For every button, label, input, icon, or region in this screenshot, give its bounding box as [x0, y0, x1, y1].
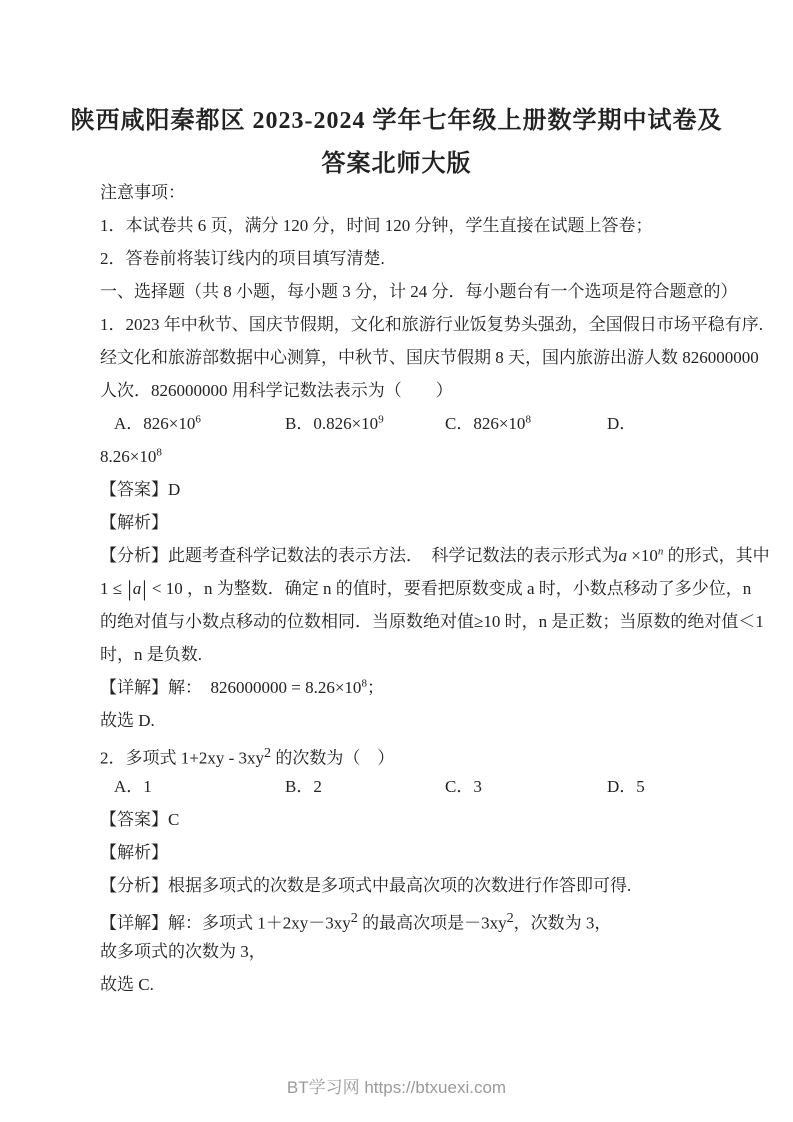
q2-conclusion: 故选 C.: [100, 968, 723, 1001]
footer: BT学习网 https://btxuexi.com: [0, 1073, 793, 1098]
q1-analysis-line-2-post: < 10 ，n 为整数．确定 n 的值时，要看把原数变成 a 时，小数点移动了多…: [148, 579, 752, 598]
q2-detail-pre: 【详解】解：多项式 1＋2xy－3xy: [100, 914, 351, 933]
q1-option-b: B．0.826×109: [285, 407, 445, 440]
q2-detail-line: 【详解】解：多项式 1＋2xy－3xy2 的最高次项是－3xy2，次数为 3，: [100, 902, 723, 935]
exam-document-page: 陕西咸阳秦都区 2023-2024 学年七年级上册数学期中试卷及 答案北师大版 …: [0, 0, 793, 1122]
q2-stem-post: 的次数为（ ）: [271, 749, 394, 768]
q1-options-row: A．826×106 B．0.826×109 C．826×108 D．: [100, 407, 723, 440]
q2-answer: 【答案】C: [100, 803, 723, 836]
q1-option-d-exponent: 8: [156, 446, 162, 458]
q1-detail-line: 【详解】解： 826000000 = 8.26×108；: [100, 671, 723, 704]
q1-abs-inequality: 1 ≤ |a|: [100, 579, 148, 598]
footer-site-link[interactable]: BT学习网 https://btxuexi.com: [287, 1078, 506, 1097]
q2-stem: 2．多项式 1+2xy - 3xy2 的次数为（ ）: [100, 737, 723, 770]
q1-option-d-formula: 8.26×108: [100, 447, 162, 466]
q1-explanation-label: 【解析】: [100, 506, 723, 539]
q1-stem-line-2: 经文化和旅游部数据中心测算，中秋节、国庆节假期 8 天，国内旅游出游人数 826…: [100, 341, 723, 374]
q1-option-c-base: 826×10: [473, 414, 525, 433]
q1-option-c-formula: 826×108: [473, 414, 531, 433]
q1-detail-post: ；: [367, 678, 384, 697]
q2-detail-line-2: 故多项式的次数为 3，: [100, 935, 723, 968]
q1-analysis-line-3: 的绝对值与小数点移动的位数相同．当原数绝对值≥10 时，n 是正数；当原数的绝对…: [100, 605, 723, 638]
q2-detail-exponent-2: 2: [507, 910, 514, 926]
q1-option-d-base: 8.26×10: [100, 447, 156, 466]
q1-option-c-label: C．: [445, 414, 473, 433]
section-heading-choice-questions: 一、选择题（共 8 小题，每小题 3 分，计 24 分．每小题台有一个选项是符合…: [100, 275, 723, 308]
q1-analysis-line-1-post: 的形式，其中: [663, 546, 769, 565]
q1-analysis-line-2: 1 ≤ |a| < 10 ，n 为整数．确定 n 的值时，要看把原数变成 a 时…: [100, 572, 723, 605]
title-line-1: 陕西咸阳秦都区 2023-2024 学年七年级上册数学期中试卷及: [0, 100, 793, 143]
q1-analysis-line-1-pre: 【分析】此题考查科学记数法的表示方法． 科学记数法的表示形式为: [100, 546, 619, 565]
q1-option-b-formula: 0.826×109: [313, 414, 383, 433]
q1-abs-inequality-pre: 1 ≤: [100, 579, 126, 598]
q1-stem-line-3: 人次．826000000 用科学记数法表示为（ ）: [100, 374, 723, 407]
q1-answer: 【答案】D: [100, 473, 723, 506]
q1-option-d-value-line: 8.26×108: [100, 440, 723, 473]
q1-stem-line-1: 1．2023 年中秋节、国庆节假期，文化和旅游行业饭复势头强劲，全国假日市场平稳…: [100, 308, 723, 341]
q1-option-a-exponent: 6: [195, 413, 201, 425]
q1-option-a-base: 826×10: [143, 414, 195, 433]
q1-option-d-label: D．: [607, 407, 723, 440]
q1-option-a-formula: 826×106: [143, 414, 201, 433]
q2-option-a: A．1: [114, 770, 285, 803]
q1-option-b-label: B．: [285, 414, 313, 433]
q1-analysis-line-1: 【分析】此题考查科学记数法的表示方法． 科学记数法的表示形式为a ×10n 的形…: [100, 539, 723, 572]
document-title: 陕西咸阳秦都区 2023-2024 学年七年级上册数学期中试卷及 答案北师大版: [0, 0, 793, 186]
q2-option-c: C．3: [445, 770, 607, 803]
notice-item-1: 1．本试卷共 6 页，满分 120 分，时间 120 分钟，学生直接在试题上答卷…: [100, 209, 723, 242]
q2-analysis: 【分析】根据多项式的次数是多项式中最高次项的次数进行作答即可得.: [100, 869, 723, 902]
notice-item-2: 2．答卷前将装订线内的项目填写清楚.: [100, 242, 723, 275]
q1-option-a-label: A．: [114, 414, 143, 433]
q2-option-d: D．5: [607, 770, 723, 803]
q1-option-c: C．826×108: [445, 407, 607, 440]
q1-formula-variable-a: a: [619, 546, 628, 565]
q1-detail-formula: 826000000 = 8.26×108: [211, 678, 367, 697]
document-body: 注意事项： 1．本试卷共 6 页，满分 120 分，时间 120 分钟，学生直接…: [0, 176, 793, 1001]
q1-option-c-exponent: 8: [525, 413, 531, 425]
q1-detail-pre: 【详解】解：: [100, 678, 211, 697]
q1-option-a: A．826×106: [114, 407, 285, 440]
q2-option-b: B．2: [285, 770, 445, 803]
q1-detail-base: 826000000 = 8.26×10: [211, 678, 362, 697]
q2-detail-exponent-1: 2: [351, 910, 358, 926]
q1-analysis-line-4: 时，n 是负数.: [100, 638, 723, 671]
q1-abs-variable-a: a: [133, 579, 142, 598]
q2-detail-post: ，次数为 3，: [514, 914, 612, 933]
q2-detail-mid: 的最高次项是－3xy: [358, 914, 507, 933]
q1-option-b-exponent: 9: [378, 413, 384, 425]
q2-stem-pre: 2．多项式 1+2xy - 3xy: [100, 749, 264, 768]
q2-explanation-label: 【解析】: [100, 836, 723, 869]
q1-option-b-base: 0.826×10: [313, 414, 378, 433]
q2-options-row: A．1 B．2 C．3 D．5: [100, 770, 723, 803]
q1-scientific-notation-formula: a ×10n: [619, 546, 664, 565]
q1-conclusion: 故选 D.: [100, 704, 723, 737]
q1-formula-multiplier: ×10: [627, 546, 658, 565]
